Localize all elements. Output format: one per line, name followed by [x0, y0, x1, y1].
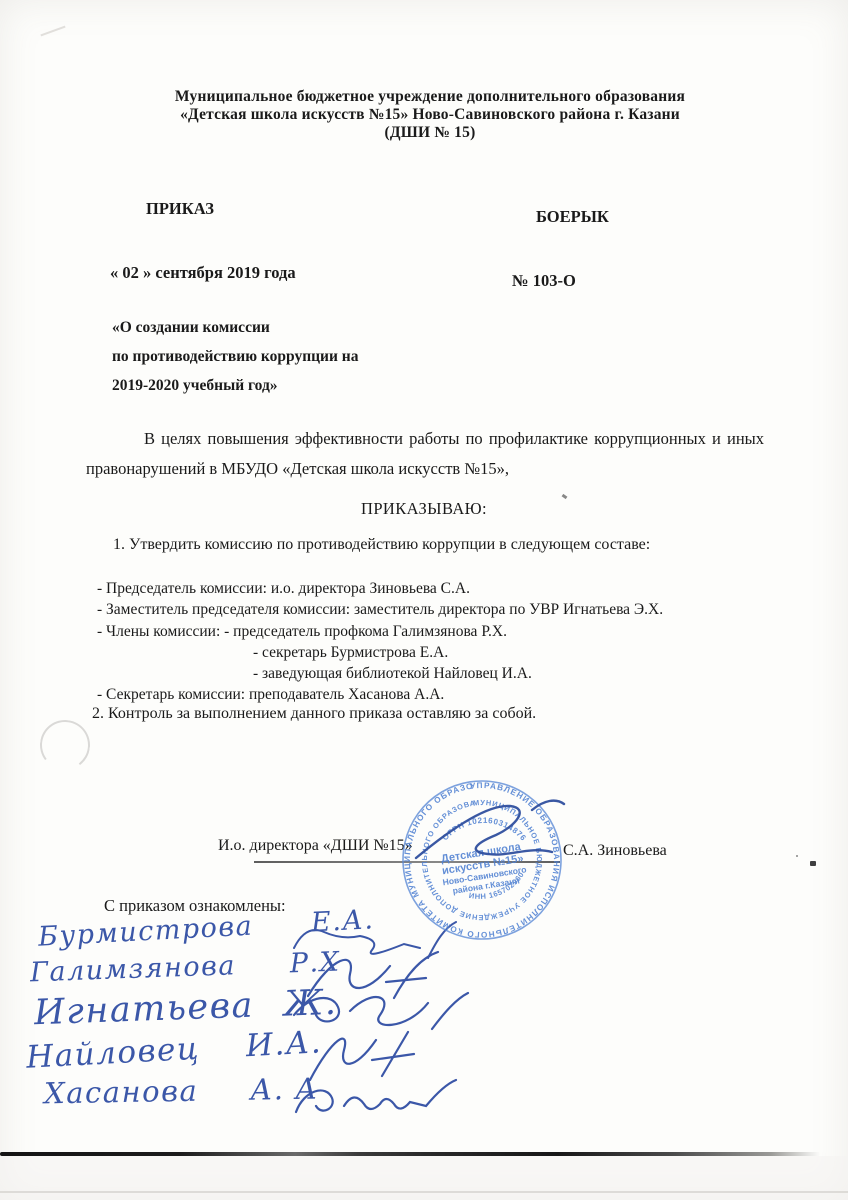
commission-list: - Председатель комиссии: и.о. директора … [97, 578, 797, 706]
preamble-paragraph: В целях повышения эффективности работы п… [86, 424, 764, 484]
organization-header: Муниципальное бюджетное учреждение допол… [120, 88, 740, 142]
ack-row-khasanova: ХасановаА. А [44, 1072, 319, 1111]
subject-line-3: 2019-2020 учебный год» [112, 371, 358, 400]
ack-surname: Галимзянова [30, 950, 237, 988]
org-header-line-1: Муниципальное бюджетное учреждение допол… [120, 88, 740, 106]
ack-signature-stroke [288, 1072, 463, 1128]
order-subject: «О создании комиссии по противодействию … [112, 313, 358, 400]
commission-secretary: - Секретарь комиссии: преподаватель Хаса… [97, 684, 797, 705]
commission-member-secretary: - секретарь Бурмистрова Е.А. [97, 642, 797, 663]
scanner-background [0, 1156, 848, 1200]
ack-row-galimzyanova: ГалимзяноваР.Х [30, 947, 341, 989]
commission-member-librarian: - заведующая библиотекой Найловец И.А. [97, 663, 797, 684]
scan-scratch [40, 26, 65, 37]
scanned-order-page: Муниципальное бюджетное учреждение допол… [0, 0, 848, 1200]
director-position-label: И.о. директора «ДШИ №15» [218, 837, 413, 855]
order-word-tatar: БОЕРЫК [536, 207, 609, 227]
paper-edge-faint-line [0, 1191, 848, 1193]
ack-surname: Хасанова [44, 1074, 199, 1111]
ack-surname: Найловец [25, 1031, 201, 1076]
order-number: № 103-О [512, 271, 576, 291]
commission-chairman: - Председатель комиссии: и.о. директора … [97, 578, 797, 599]
commission-deputy: - Заместитель председателя комиссии: зам… [97, 599, 797, 620]
order-item-2: 2. Контроль за выполнением данного прика… [92, 705, 536, 723]
stamp-center-line-4: района г.Казани [452, 875, 520, 895]
subject-line-2: по противодействию коррупции на [112, 342, 358, 371]
commission-members: - Члены комиссии: - председатель профком… [97, 621, 797, 642]
director-name: С.А. Зиновьева [563, 842, 667, 860]
ink-speck [796, 855, 798, 857]
resolve-word: ПРИКАЗЫВАЮ: [0, 499, 848, 519]
ack-surname: Бурмистрова [37, 911, 253, 953]
org-header-line-3: (ДШИ № 15) [120, 124, 740, 142]
director-signature-stroke [412, 796, 572, 876]
order-item-1: 1. Утвердить комиссию по противодействию… [113, 536, 650, 554]
subject-line-1: «О создании комиссии [112, 313, 358, 342]
ack-surname: Игнатьева [33, 986, 254, 1034]
order-word-russian: ПРИКАЗ [146, 199, 214, 219]
ink-speck [810, 861, 816, 866]
org-header-line-2: «Детская школа искусств №15» Ново-Савино… [120, 106, 740, 124]
hole-punch-mark [37, 717, 93, 773]
order-date: « 02 » сентября 2019 года [110, 263, 296, 283]
